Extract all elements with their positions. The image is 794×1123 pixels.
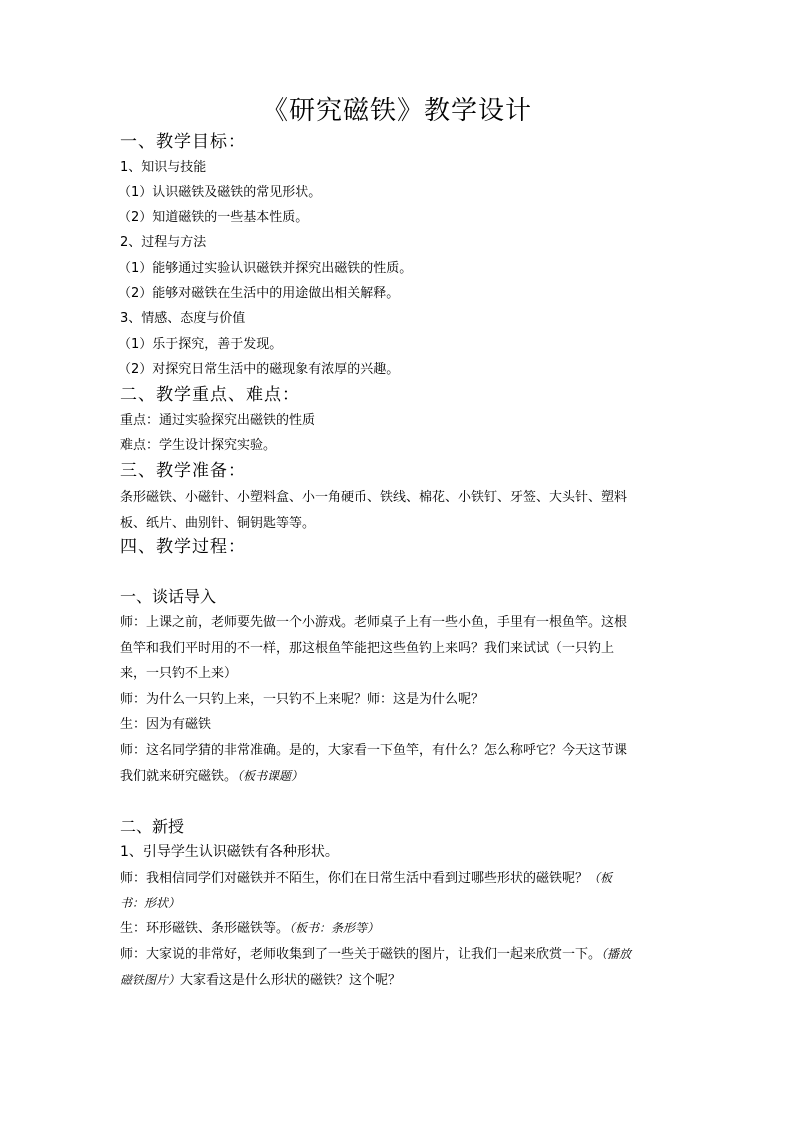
document-title: 《研究磁铁》教学设计 [0, 90, 794, 127]
objective-item: （1）认识磁铁及磁铁的常见形状。 [118, 185, 321, 201]
dialogue-text: 大家看这是什么形状的磁铁？这个呢？ [180, 973, 401, 988]
objective-item: （2）能够对磁铁在生活中的用途做出相关解释。 [118, 286, 399, 302]
objective-item: （1）能够通过实验认识磁铁并探究出磁铁的性质。 [118, 261, 412, 277]
dialogue-line: 鱼竿和我们平时用的不一样，那这根鱼竿能把这些鱼钓上来吗？我们来试试（一只钓上 [120, 641, 614, 657]
dialogue-line: 师：上课之前，老师要先做一个小游戏。老师桌子上有一些小鱼，手里有一根鱼竿。这根 [120, 615, 627, 631]
section-heading-objectives: 一、教学目标： [120, 132, 246, 152]
dialogue-line: 来，一只钓不上来） [120, 666, 237, 682]
dialogue-line: 师：这名同学猜的非常准确。是的，大家看一下鱼竿，有什么？怎么称呼它？今天这节课 [120, 743, 627, 759]
section-heading-preparation: 三、教学准备： [120, 461, 246, 481]
board-note: 书：形状） [120, 896, 180, 910]
difficulty-point: 难点：学生设计探究实验。 [120, 438, 276, 454]
dialogue-line: 书：形状） [120, 895, 180, 912]
materials-line: 板、纸片、曲别针、铜钥匙等等。 [120, 516, 315, 532]
dialogue-line: 师：为什么一只钓上来，一只钓不上来呢？师：这是为什么呢？ [120, 692, 484, 708]
part-heading-intro: 一、谈话导入 [120, 587, 216, 607]
part-heading-new-lesson: 二、新授 [120, 817, 184, 837]
dialogue-line: 我们就来研究磁铁。（板书课题） [120, 768, 303, 785]
objective-item: （1）乐于探究，善于发现。 [118, 337, 282, 353]
section-heading-keypoints: 二、教学重点、难点： [120, 385, 300, 405]
subheading-shapes: 1、引导学生认识磁铁有各种形状。 [120, 844, 339, 860]
dialogue-text: 师：我相信同学们对磁铁并不陌生，你们在日常生活中看到过哪些形状的磁铁呢？ [120, 871, 588, 886]
dialogue-text: 我们就来研究磁铁。 [120, 769, 237, 784]
dialogue-line: 师：大家说的非常好，老师收集到了一些关于磁铁的图片，让我们一起来欣赏一下。（播放 [120, 946, 631, 963]
document-page: 《研究磁铁》教学设计 一、教学目标： 1、知识与技能 （1）认识磁铁及磁铁的常见… [0, 0, 794, 1123]
dialogue-line: 师：我相信同学们对磁铁并不陌生，你们在日常生活中看到过哪些形状的磁铁呢？（板 [120, 870, 612, 887]
objective-item: （2）知道磁铁的一些基本性质。 [118, 210, 308, 226]
dialogue-line: 磁铁图片）大家看这是什么形状的磁铁？这个呢？ [120, 972, 401, 989]
board-note: （板书：条形等） [289, 921, 379, 935]
key-point: 重点：通过实验探究出磁铁的性质 [120, 413, 315, 429]
board-note: 磁铁图片） [120, 973, 180, 987]
board-note: （板 [588, 871, 612, 885]
subheading-knowledge: 1、知识与技能 [120, 160, 206, 176]
objective-item: （2）对探究日常生活中的磁现象有浓厚的兴趣。 [118, 362, 399, 378]
dialogue-line: 生：环形磁铁、条形磁铁等。（板书：条形等） [120, 920, 379, 937]
dialogue-text: 生：环形磁铁、条形磁铁等。 [120, 921, 289, 936]
section-heading-process: 四、教学过程： [120, 537, 246, 557]
board-note: （板书课题） [237, 769, 303, 783]
dialogue-text: 师：大家说的非常好，老师收集到了一些关于磁铁的图片，让我们一起来欣赏一下。 [120, 947, 601, 962]
subheading-attitude: 3、情感、态度与价值 [120, 311, 245, 327]
board-note: （播放 [601, 947, 631, 961]
subheading-process: 2、过程与方法 [120, 235, 206, 251]
dialogue-line: 生：因为有磁铁 [120, 717, 211, 733]
materials-line: 条形磁铁、小磁针、小塑料盒、小一角硬币、铁线、棉花、小铁钉、牙签、大头针、塑料 [120, 490, 627, 506]
